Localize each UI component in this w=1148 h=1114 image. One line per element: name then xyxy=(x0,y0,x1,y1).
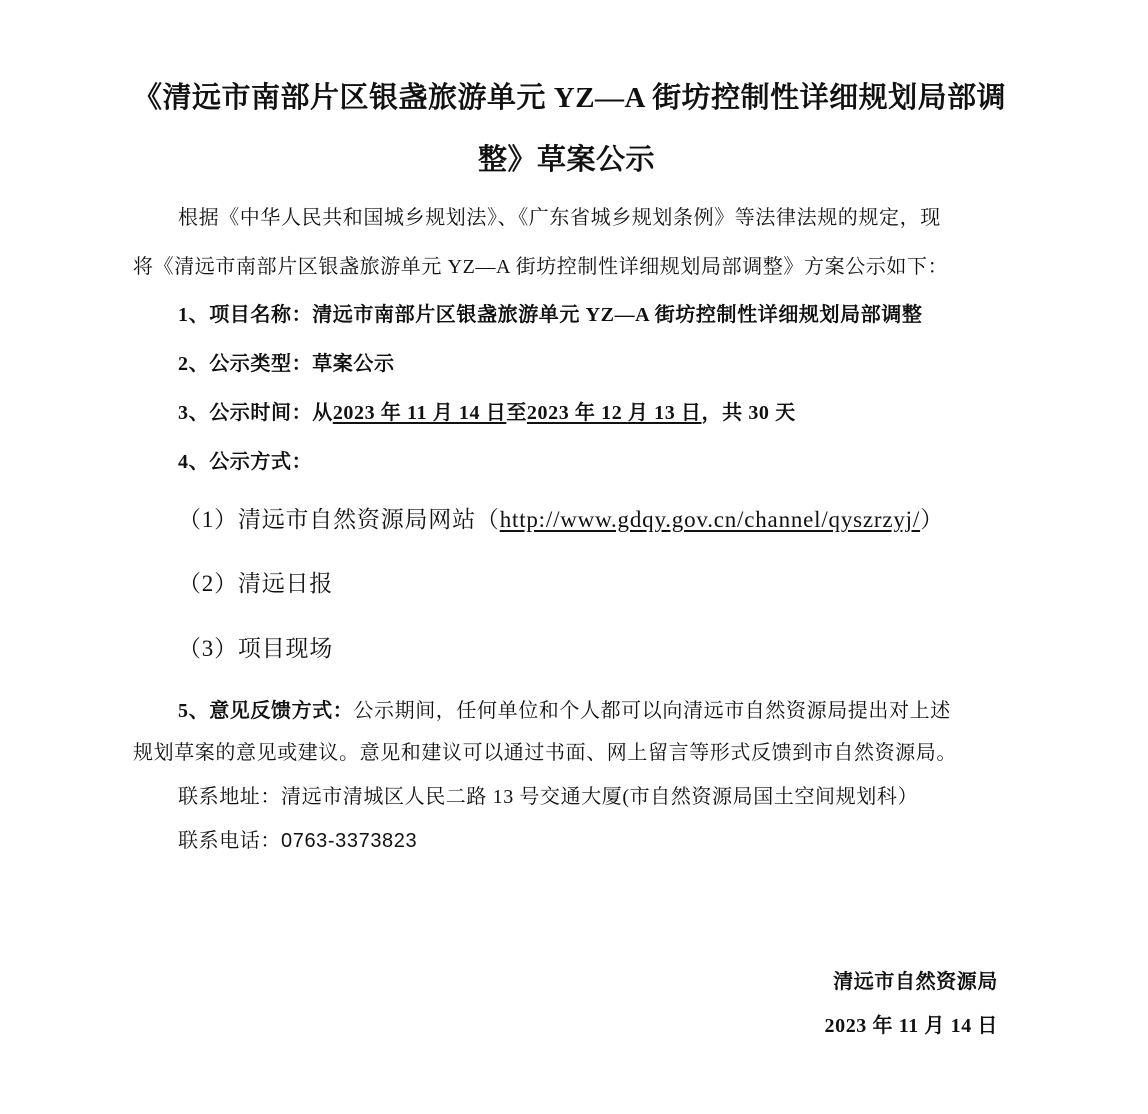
method-website: （1）清远市自然资源局网站（http://www.gdqy.gov.cn/cha… xyxy=(178,508,944,531)
item-value: 草案公示 xyxy=(312,353,394,375)
contact-phone: 联系电话：0763-3373823 xyxy=(178,831,417,851)
method-suffix: ） xyxy=(920,507,944,532)
item-label: 4、公示方式： xyxy=(178,451,312,473)
phone-label: 联系电话： xyxy=(178,830,281,852)
signature-date: 2023 年 11 月 14 日 xyxy=(825,1016,999,1036)
end-date: 2023 年 12 月 13 日 xyxy=(527,402,702,424)
item-notice-type: 2、公示类型：草案公示 xyxy=(178,354,395,374)
period-mid: 至 xyxy=(506,402,527,424)
item-label: 3、公示时间： xyxy=(178,402,312,424)
period-suffix: ，共 30 天 xyxy=(702,402,796,424)
item-project-name: 1、项目名称：清远市南部片区银盏旅游单元 YZ—A 街坊控制性详细规划局部调整 xyxy=(178,305,923,325)
method-newspaper: （2）清远日报 xyxy=(178,572,333,595)
phone-number: 0763-3373823 xyxy=(281,830,417,852)
notice-document: 《清远市南部片区银盏旅游单元 YZ—A 街坊控制性详细规划局部调 整》草案公示 … xyxy=(0,0,1148,1114)
feedback-line-1: 5、意见反馈方式：公示期间，任何单位和个人都可以向清远市自然资源局提出对上述 xyxy=(178,701,951,721)
method-site: （3）项目现场 xyxy=(178,637,333,660)
period-prefix: 从 xyxy=(312,402,333,424)
website-link[interactable]: http://www.gdqy.gov.cn/channel/qyszrzyj/ xyxy=(500,507,920,532)
item-value: 清远市南部片区银盏旅游单元 YZ—A 街坊控制性详细规划局部调整 xyxy=(312,304,922,326)
item-notice-method: 4、公示方式： xyxy=(178,452,312,472)
contact-address: 联系地址：清远市清城区人民二路 13 号交通大厦(市自然资源局国土空间规划科） xyxy=(178,787,918,807)
feedback-label: 5、意见反馈方式： xyxy=(178,700,353,722)
item-label: 2、公示类型： xyxy=(178,353,312,375)
item-notice-period: 3、公示时间：从2023 年 11 月 14 日至2023 年 12 月 13 … xyxy=(178,403,796,423)
title-line-1: 《清远市南部片区银盏旅游单元 YZ—A 街坊控制性详细规划局部调 xyxy=(133,84,1006,113)
title-line-2: 整》草案公示 xyxy=(478,146,655,175)
signature-org: 清远市自然资源局 xyxy=(833,972,998,992)
intro-line-2: 将《清远市南部片区银盏旅游单元 YZ—A 街坊控制性详细规划局部调整》方案公示如… xyxy=(133,257,948,277)
feedback-text: 公示期间，任何单位和个人都可以向清远市自然资源局提出对上述 xyxy=(353,700,950,722)
intro-line-1: 根据《中华人民共和国城乡规划法》、《广东省城乡规划条例》等法律法规的规定，现 xyxy=(178,208,941,228)
start-date: 2023 年 11 月 14 日 xyxy=(333,402,507,424)
item-label: 1、项目名称： xyxy=(178,304,312,326)
feedback-line-2: 规划草案的意见或建议。意见和建议可以通过书面、网上留言等形式反馈到市自然资源局。 xyxy=(133,743,957,763)
method-prefix: （1）清远市自然资源局网站（ xyxy=(178,507,500,532)
